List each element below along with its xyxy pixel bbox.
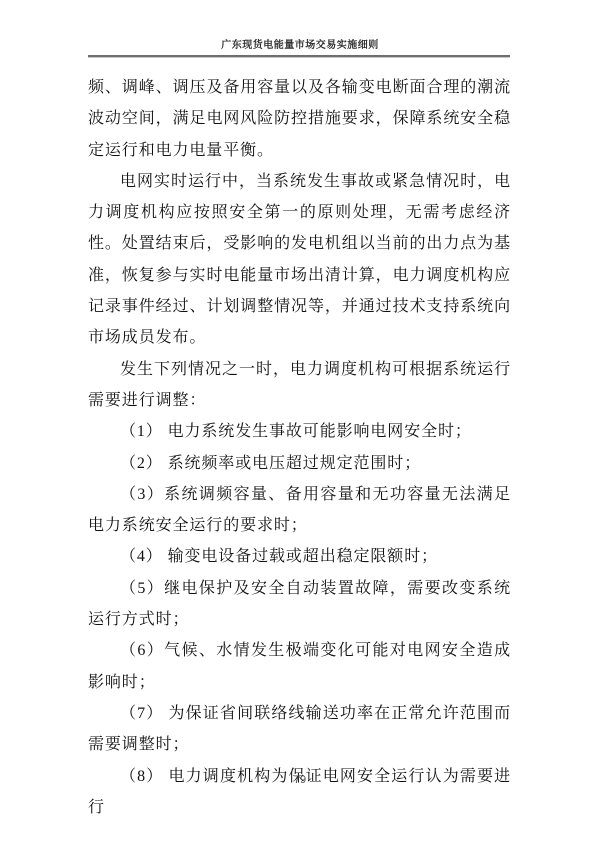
header-rule — [88, 55, 510, 58]
paragraph: （3）系统调频容量、备用容量和无功容量无法满足电力系统安全运行的要求时； — [88, 479, 511, 542]
paragraph: （5）继电保护及安全自动装置故障，需要改变系统运行方式时； — [88, 573, 511, 636]
paragraph: （8） 电力调度机构为保证电网安全运行认为需要进行 — [88, 761, 511, 824]
document-body: 频、调峰、调压及备用容量以及各输变电断面合理的潮流波动空间，满足电网风险防控措施… — [88, 72, 511, 823]
paragraph: （6）气候、水情发生极端变化可能对电网安全造成影响时； — [88, 635, 511, 698]
paragraph: （2） 系统频率或电压超过规定范围时； — [88, 448, 511, 479]
paragraph: 电网实时运行中，当系统发生事故或紧急情况时，电力调度机构应按照安全第一的原则处理… — [88, 166, 511, 354]
paragraph: （4） 输变电设备过载或超出稳定限额时； — [88, 541, 511, 572]
paragraph: （7） 为保证省间联络线输送功率在正常允许范围而需要调整时； — [88, 698, 511, 761]
page-number: 79 — [294, 774, 306, 786]
paragraph: （1） 电力系统发生事故可能影响电网安全时； — [88, 416, 511, 447]
page-footer: 79 — [0, 774, 600, 786]
paragraph: 发生下列情况之一时，电力调度机构可根据系统运行需要进行调整： — [88, 354, 511, 417]
document-page: 广东现货电能量市场交易实施细则 频、调峰、调压及备用容量以及各输变电断面合理的潮… — [0, 0, 600, 848]
paragraph: 频、调峰、调压及备用容量以及各输变电断面合理的潮流波动空间，满足电网风险防控措施… — [88, 72, 511, 166]
header-title: 广东现货电能量市场交易实施细则 — [0, 36, 600, 51]
